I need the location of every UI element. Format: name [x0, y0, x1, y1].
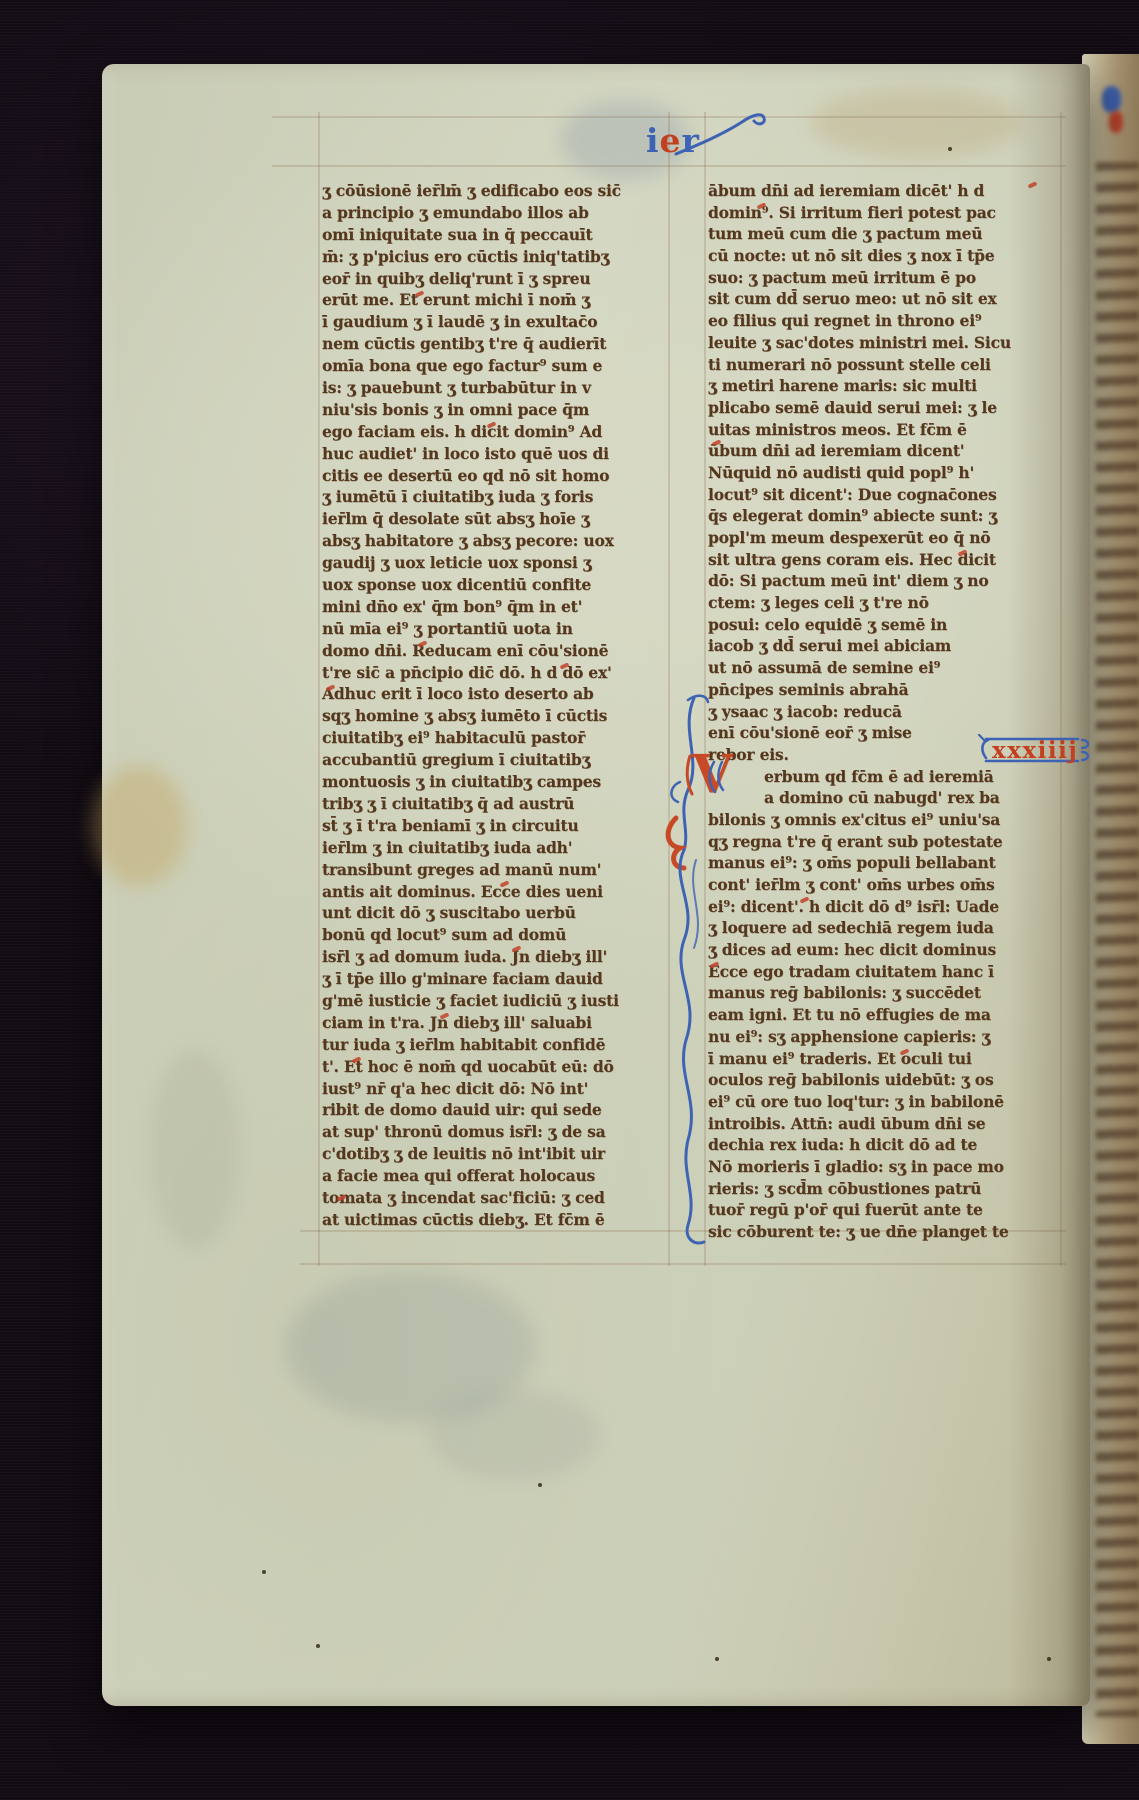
speck — [948, 147, 952, 151]
text-line: erūt me. Et erunt michi ī nom̄ ʒ — [322, 289, 668, 311]
speck — [1047, 1657, 1051, 1661]
text-line: a facie mea qui offerat holocaus — [322, 1165, 668, 1187]
text-line: cū nocte: ut nō sit dies ʒ nox ī tp̄e — [708, 245, 1064, 267]
chapter-number: xxxiiij — [978, 734, 1094, 766]
text-line: ʒ dices ad eum: hec dicit dominus — [708, 939, 1064, 961]
running-header-letter: i — [646, 124, 660, 157]
text-line: tur iuda ʒ ier̄lm habitabit confidē — [322, 1034, 668, 1056]
speck — [538, 1483, 542, 1487]
text-line: introibis. Attn̄: audi ūbum dn̄i se — [708, 1113, 1064, 1135]
text-line: cont' ier̄lm ʒ cont' om̄s urbes om̄s — [708, 874, 1064, 896]
text-line: ti numerari nō possunt stelle celi — [708, 354, 1064, 376]
text-line: bilonis ʒ omnis ex'citus ei⁹ uniu'sa — [708, 809, 1064, 831]
text-line: at sup' thronū domus isr̄l: ʒ de sa — [322, 1121, 668, 1143]
text-line: plicabo semē dauid serui mei: ʒ le — [708, 397, 1064, 419]
text-line: t're sic̄ a pn̄cipio dic̄ dō. h d dō ex' — [322, 662, 668, 684]
text-line: manus reḡ babilonis: ʒ succēdet — [708, 982, 1064, 1004]
text-line: dō: Si pactum meū int' diem ʒ no — [708, 570, 1064, 592]
text-line: erbum qd fc̄m ē ad ieremiā — [708, 766, 1064, 788]
text-line: ier̄lm q̄ desolate sūt absʒ hoīe ʒ — [322, 508, 668, 530]
text-line: eam igni. Et tu nō effugies de ma — [708, 1004, 1064, 1026]
text-line: oculos reḡ babilonis uidebūt: ʒ os — [708, 1069, 1064, 1091]
running-header-letter: e — [660, 124, 682, 157]
text-line: Adhuc erit ī loco isto deserto ab — [322, 683, 668, 705]
text-line: ʒ loquere ad sedechiā regem iuda — [708, 917, 1064, 939]
stain — [92, 766, 187, 886]
text-line: sit cum dd̄ seruo meo: ut nō sit ex — [708, 288, 1064, 310]
text-line: ābum dn̄i ad ieremiam dicēt' h d — [708, 180, 1064, 202]
text-line: g'mē iusticie ʒ faciet iudiciū ʒ iusti — [322, 990, 668, 1012]
text-line: ūbum dn̄i ad ieremiam dicent' — [708, 440, 1064, 462]
text-line: sic cōburent te: ʒ ue dn̄e planget te — [708, 1221, 1064, 1243]
adjacent-page-edge — [1082, 54, 1139, 1744]
text-line: ciam in t'ra. Jn diebʒ ill' saluabi — [322, 1012, 668, 1034]
text-line: suo: ʒ pactum meū irritum ē po — [708, 267, 1064, 289]
text-line: ier̄lm ʒ in ciuitatibʒ iuda adh' — [322, 837, 668, 859]
text-line: gaudij ʒ uox leticie uox sponsi ʒ — [322, 552, 668, 574]
text-line: q̄s elegerat domin⁹ abiecte sunt: ʒ — [708, 505, 1064, 527]
text-line: m̄: ʒ p'picius ero cūctis iniq'tatibʒ — [322, 246, 668, 268]
text-line: ctem: ʒ leges celi ʒ t're nō — [708, 592, 1064, 614]
text-line: a domino cū nabugd' rex ba — [708, 787, 1064, 809]
text-line: ʒ iumētū ī ciuitatibʒ iuda ʒ foris — [322, 486, 668, 508]
text-line: at uictimas cūctis diebʒ. Et fc̄m ē — [322, 1209, 668, 1231]
running-header-letters: ier — [646, 124, 700, 157]
speck — [316, 1644, 320, 1648]
text-line: absʒ habitatore ʒ absʒ pecore: uox — [322, 530, 668, 552]
text-line: eo filius qui regnet in throno ei⁹ — [708, 310, 1064, 332]
text-line: eor̄ in quibʒ deliq'runt ī ʒ spreu — [322, 268, 668, 290]
text-line: ribit de domo dauid uir: qui sede — [322, 1099, 668, 1121]
text-line: montuosis ʒ in ciuitatibʒ campes — [322, 771, 668, 793]
text-line: Ecce ego tradam ciuitatem hanc ī — [708, 961, 1064, 983]
text-line: accubantiū gregium ī ciuitatibʒ — [322, 749, 668, 771]
text-line: omīa bona que ego factur⁹ sum e — [322, 355, 668, 377]
text-line: isr̄l ʒ ad domum iuda. Jn diebʒ ill' — [322, 946, 668, 968]
text-line: ei⁹: dicent'. h dicit dō d⁹ isr̄l: Uade — [708, 896, 1064, 918]
text-line: is: ʒ pauebunt ʒ turbabūtur in v — [322, 377, 668, 399]
manuscript-photo: ier ʒ cōūsionē ier̄lm̄ ʒ edificabo eos s… — [0, 0, 1139, 1800]
text-line: ei⁹ cū ore tuo loq'tur: ʒ in babilonē — [708, 1091, 1064, 1113]
text-line: locut⁹ sit dicent': Due cognac̄ones — [708, 484, 1064, 506]
text-line: tomata ʒ incendat sac'ficiū: ʒ ced — [322, 1187, 668, 1209]
text-line: nū mīa ei⁹ ʒ portantiū uota in — [322, 618, 668, 640]
text-line: antis ait dominus. Ecce dies ueni — [322, 881, 668, 903]
stain — [150, 1050, 240, 1250]
text-line: nu ei⁹: sʒ apphensione capieris: ʒ — [708, 1026, 1064, 1048]
text-line: leuite ʒ sac'dotes ministri mei. Sicu — [708, 332, 1064, 354]
text-line: citis ee desertū eo qd nō sit homo — [322, 465, 668, 487]
text-line: ciuitatibʒ ei⁹ habitaculū pastor̄ — [322, 727, 668, 749]
stain — [812, 88, 1022, 158]
text-line: popl'm meum despexerūt eo q̄ nō — [708, 527, 1064, 549]
speck — [715, 1657, 719, 1661]
running-header: ier — [640, 106, 770, 174]
text-line: rieris: ʒ scd̄m cōbustiones patrū — [708, 1178, 1064, 1200]
text-line: ʒ ī tp̄e illo g'minare faciam dauid — [322, 968, 668, 990]
text-line: ī gaudium ʒ ī laudē ʒ in exultac̄o — [322, 311, 668, 333]
text-line: nem cūctis gentibʒ t're q̄ audierīt — [322, 333, 668, 355]
text-line: uitas ministros meos. Et fc̄m ē — [708, 419, 1064, 441]
text-line: st̄ ʒ ī t'ra beniamī ʒ in circuitu — [322, 815, 668, 837]
text-line: t'. Et hoc ē nom̄ qd uocabūt eū: dō — [322, 1056, 668, 1078]
running-header-letter: r — [682, 124, 700, 157]
text-line: c'dotibʒ ʒ de leuitis nō int'ibit uir — [322, 1143, 668, 1165]
text-line: sit ultra gens coram eis. Hec dicit — [708, 549, 1064, 571]
text-line: ʒ ysaac ʒ iacob: reducā — [708, 701, 1064, 723]
text-line: Nō morieris ī gladio: sʒ in pace mo — [708, 1156, 1064, 1178]
text-line: iust⁹ nr̄ q'a hec dicit dō: Nō int' — [322, 1078, 668, 1100]
ruling-line — [300, 1263, 1066, 1265]
text-line: sqʒ homine ʒ absʒ iumēto ī cūctis — [322, 705, 668, 727]
text-line: huc audiet' in loco isto quē uos di — [322, 443, 668, 465]
text-line: ī manu ei⁹ traderis. Et oculi tui — [708, 1048, 1064, 1070]
text-line: iacob ʒ dd̄ serui mei abiciam — [708, 635, 1064, 657]
text-line: posui: celo equidē ʒ semē in — [708, 614, 1064, 636]
text-line: bonū qd locut⁹ sum ad domū — [322, 924, 668, 946]
adjacent-running-header-red — [1109, 111, 1123, 133]
text-line: qʒ regna t're q̄ erant sub potestate — [708, 831, 1064, 853]
text-line: transibunt greges ad manū num' — [322, 859, 668, 881]
text-line: tuor̄ regū p'or̄ qui fuerūt ante te — [708, 1199, 1064, 1221]
text-line: ut nō assumā de semine ei⁹ — [708, 657, 1064, 679]
text-line: ʒ metiri harene maris: sic multi — [708, 375, 1064, 397]
text-line: mini dn̄o ex' q̄m bon⁹ q̄m in et' — [322, 596, 668, 618]
ruling-line — [318, 112, 320, 1266]
text-line: unt dicit dō ʒ suscitabo uerbū — [322, 902, 668, 924]
initial-filigree — [684, 746, 750, 806]
text-line: domo dn̄i. Reducam enī cōu'sionē — [322, 640, 668, 662]
text-line: omī iniquitate sua in q̄ peccauīt — [322, 224, 668, 246]
adjacent-running-header-blue — [1102, 86, 1121, 113]
chapter-number-text: xxxiiij — [992, 737, 1078, 764]
text-line: uox sponse uox dicentiū confite — [322, 574, 668, 596]
illuminated-initial: V — [684, 746, 750, 806]
text-column-left: ʒ cōūsionē ier̄lm̄ ʒ edificabo eos sic̄a… — [322, 180, 668, 1231]
text-line: niu'sis bonis ʒ in omni pace q̄m — [322, 399, 668, 421]
adjacent-page-blurred-text — [1096, 162, 1139, 1717]
text-line: a principio ʒ emundabo illos ab — [322, 202, 668, 224]
speck — [262, 1570, 266, 1574]
text-line: tribʒ ʒ ī ciuitatibʒ q̄ ad austrū — [322, 793, 668, 815]
stain — [430, 1390, 600, 1480]
text-line: tum meū cum die ʒ pactum meū — [708, 223, 1064, 245]
text-line: manus ei⁹: ʒ om̄s populi bellabant — [708, 852, 1064, 874]
text-column-right: ābum dn̄i ad ieremiam dicēt' h ddomin⁹. … — [708, 180, 1064, 1243]
text-line: Nūquid nō audisti quid popl⁹ h' — [708, 462, 1064, 484]
text-line: ʒ cōūsionē ier̄lm̄ ʒ edificabo eos sic̄ — [322, 180, 668, 202]
text-line: dechia rex iuda: h dicit dō ad te — [708, 1134, 1064, 1156]
text-line: pn̄cipes seminis abrahā — [708, 679, 1064, 701]
